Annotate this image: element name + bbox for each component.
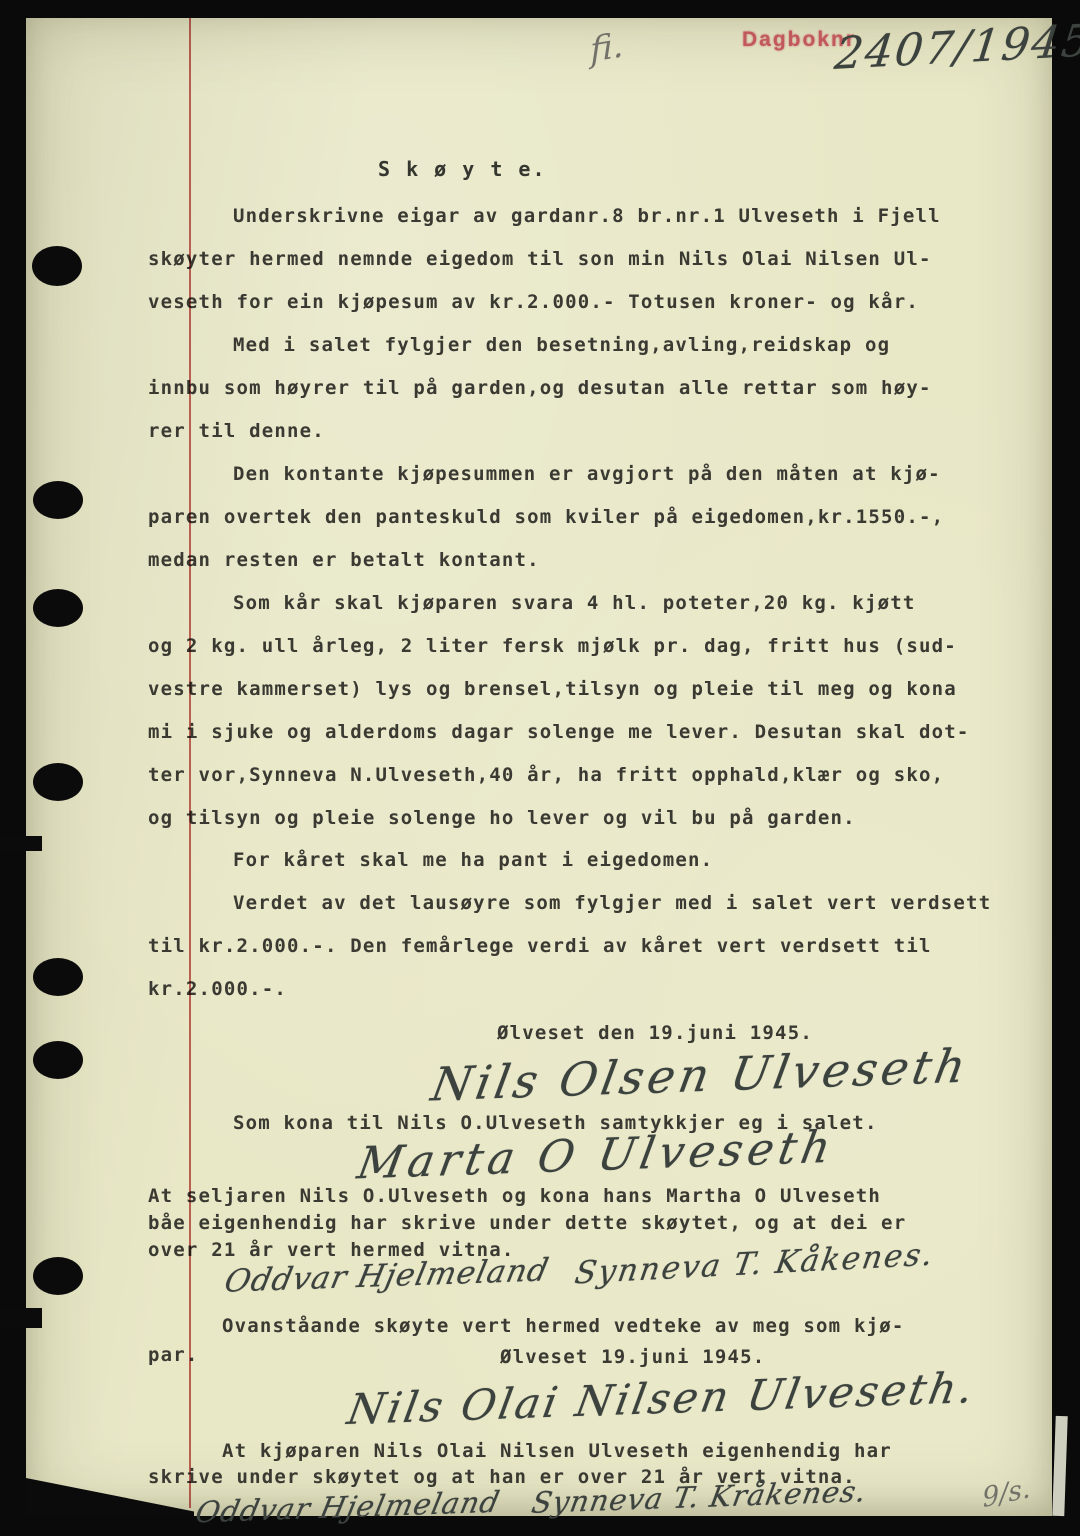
punch-hole [33, 1041, 83, 1079]
typed-line: Den kontante kjøpesummen er avgjort på d… [148, 463, 1063, 485]
typed-line: innbu som høyrer til på garden,og desuta… [148, 377, 978, 399]
typed-line: mi i sjuke og alderdoms dagar solenge me… [148, 721, 978, 743]
red-margin-line [189, 18, 191, 1508]
punch-hole [33, 589, 83, 627]
typed-line: ter vor,Synneva N.Ulveseth,40 år, ha fri… [148, 764, 978, 786]
scan-artifact [0, 836, 42, 851]
typed-line: Underskrivne eigar av gardanr.8 br.nr.1 … [148, 205, 1063, 227]
acceptance-line: Ovanståande skøyte vert hermed vedteke a… [148, 1315, 1052, 1337]
page-edge [1052, 1416, 1067, 1516]
typed-line: Som kår skal kjøparen svara 4 hl. potete… [148, 592, 1063, 614]
witness-line: båe eigenhendig har skrive under dette s… [148, 1212, 978, 1234]
document-title: S k ø y t e. [378, 157, 547, 181]
place-date-line: Ølveset 19.juni 1945. [500, 1346, 860, 1368]
typed-line: veseth for ein kjøpesum av kr.2.000.- To… [148, 291, 978, 313]
buyer-witness-line: At kjøparen Nils Olai Nilsen Ulveseth ei… [148, 1440, 1052, 1462]
witness-line: At seljaren Nils O.Ulveseth og kona hans… [148, 1185, 978, 1207]
punch-hole [33, 1257, 83, 1295]
place-date-line: Ølveset den 19.juni 1945. [497, 1022, 897, 1044]
scan-artifact [0, 1308, 42, 1328]
punch-hole [33, 958, 83, 996]
typed-line: Verdet av det lausøyre som fylgjer med i… [148, 892, 1063, 914]
typed-line: Med i salet fylgjer den besetning,avling… [148, 334, 1063, 356]
typed-line: For kåret skal me ha pant i eigedomen. [148, 849, 1063, 871]
typed-line: medan resten er betalt kontant. [148, 549, 978, 571]
typed-line: og 2 kg. ull årleg, 2 liter fersk mjølk … [148, 635, 978, 657]
typed-line: kr.2.000.-. [148, 978, 978, 1000]
typed-line: og tilsyn og pleie solenge ho lever og v… [148, 807, 978, 829]
typed-line: paren overtek den panteskuld som kviler … [148, 506, 978, 528]
scanned-document: fi. Dagboknr 2407/1945 S k ø y t e. Unde… [0, 0, 1080, 1536]
pencil-mark: fi. [590, 25, 624, 71]
typed-line: til kr.2.000.-. Den femårlege verdi av k… [148, 935, 978, 957]
typed-line: vestre kammerset) lys og brensel,tilsyn … [148, 678, 978, 700]
typed-line: rer til denne. [148, 420, 978, 442]
punch-hole [33, 763, 83, 801]
punch-hole [32, 246, 82, 286]
punch-hole [33, 481, 83, 519]
typed-line: skøyter hermed nemnde eigedom til son mi… [148, 248, 978, 270]
